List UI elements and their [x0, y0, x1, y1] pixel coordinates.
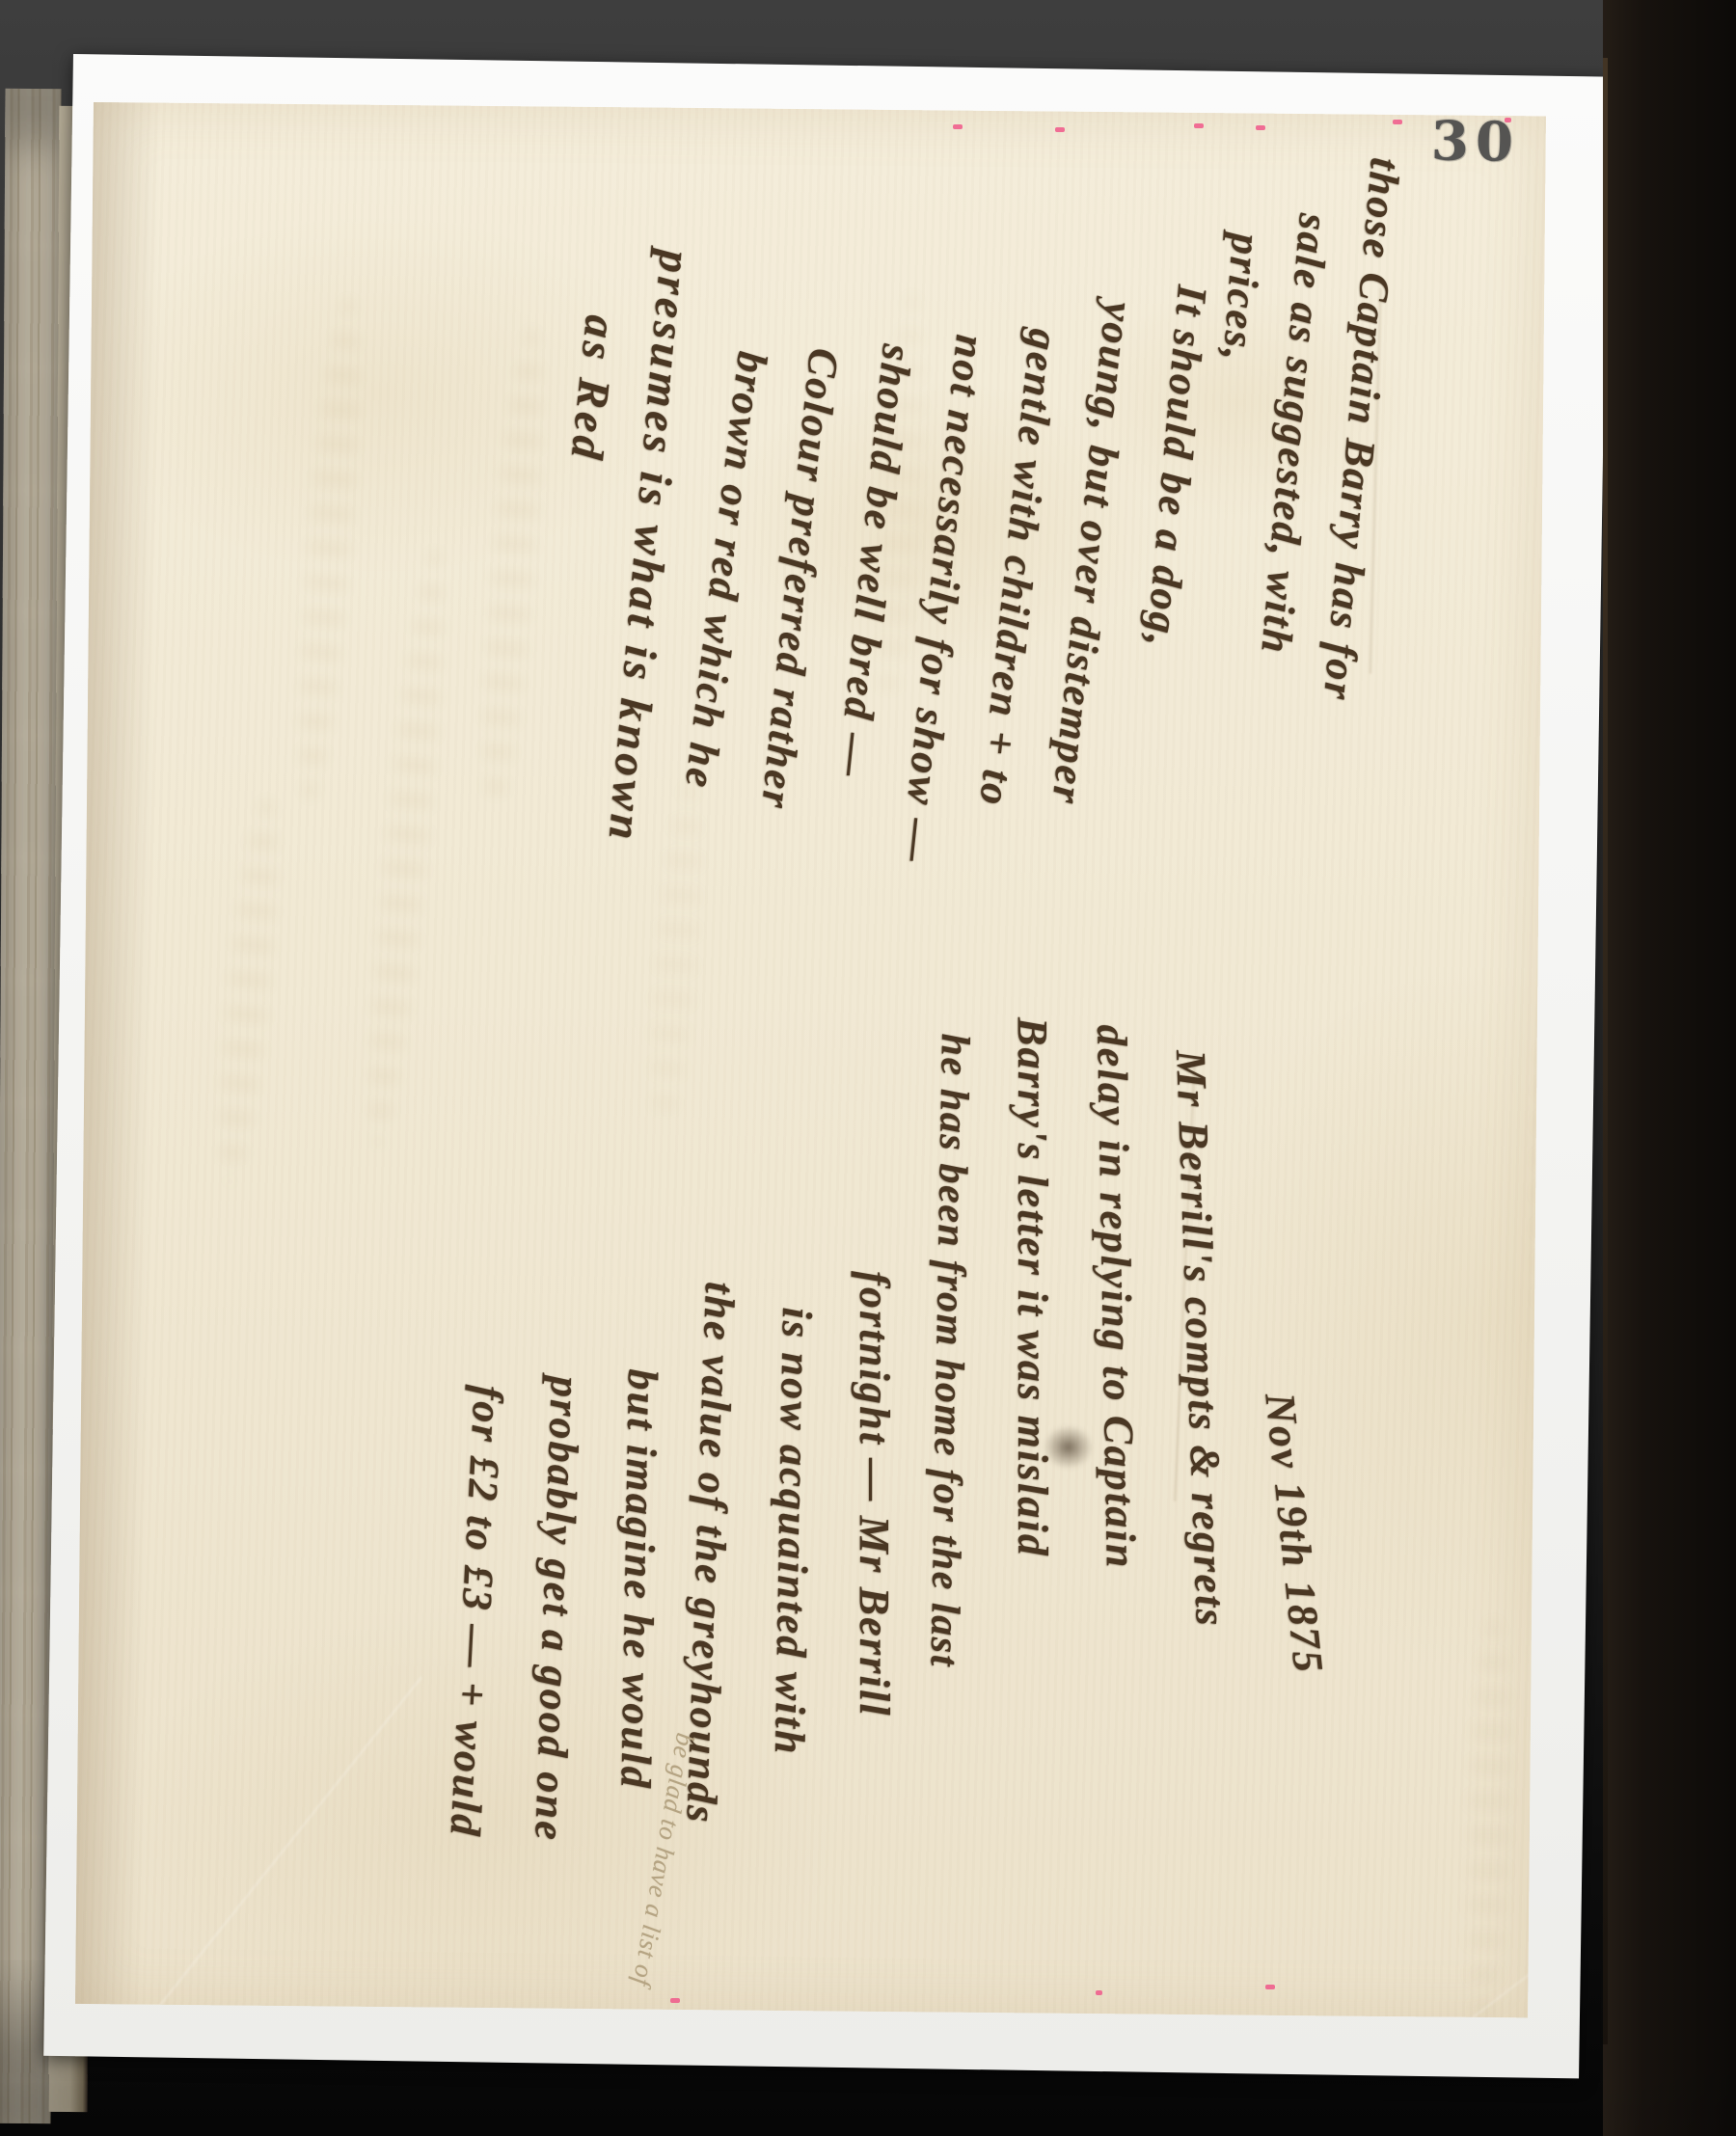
- show-through-mark: [1462, 1620, 1514, 2018]
- pink-edge-mark: [953, 124, 963, 129]
- handwritten-line: Barry's letter it was mislaid: [1008, 1017, 1057, 1557]
- handwritten-line: is now acquainted with: [765, 1307, 822, 1756]
- show-through-mark: [474, 328, 553, 812]
- handwritten-line: fortnight — Mr Berrill: [850, 1271, 899, 1717]
- handwritten-line: delay in replying to Captain: [1087, 1024, 1146, 1570]
- show-through-mark: [358, 549, 456, 1148]
- pink-edge-mark: [1393, 120, 1402, 124]
- show-through-mark: [289, 297, 369, 800]
- book-cover-edge: [1603, 0, 1736, 2136]
- paper-crease: [138, 1677, 421, 2018]
- pink-edge-mark: [1194, 123, 1204, 128]
- pink-edge-mark: [1096, 1990, 1102, 1995]
- show-through-mark: [642, 783, 710, 1132]
- show-through-mark: [209, 798, 286, 1186]
- pink-edge-mark: [670, 1998, 680, 2003]
- handwritten-line: prices,: [1213, 231, 1271, 364]
- pink-edge-mark: [1055, 127, 1065, 132]
- paper-crease: [1311, 1964, 1541, 2017]
- handwritten-line: but imagine he would: [610, 1368, 667, 1790]
- pink-edge-mark: [1256, 125, 1265, 130]
- pink-edge-mark: [1505, 118, 1511, 122]
- manuscript-photo: those Captain Barry has for sale as sugg…: [0, 0, 1736, 2136]
- pink-edge-mark: [1265, 1985, 1275, 1989]
